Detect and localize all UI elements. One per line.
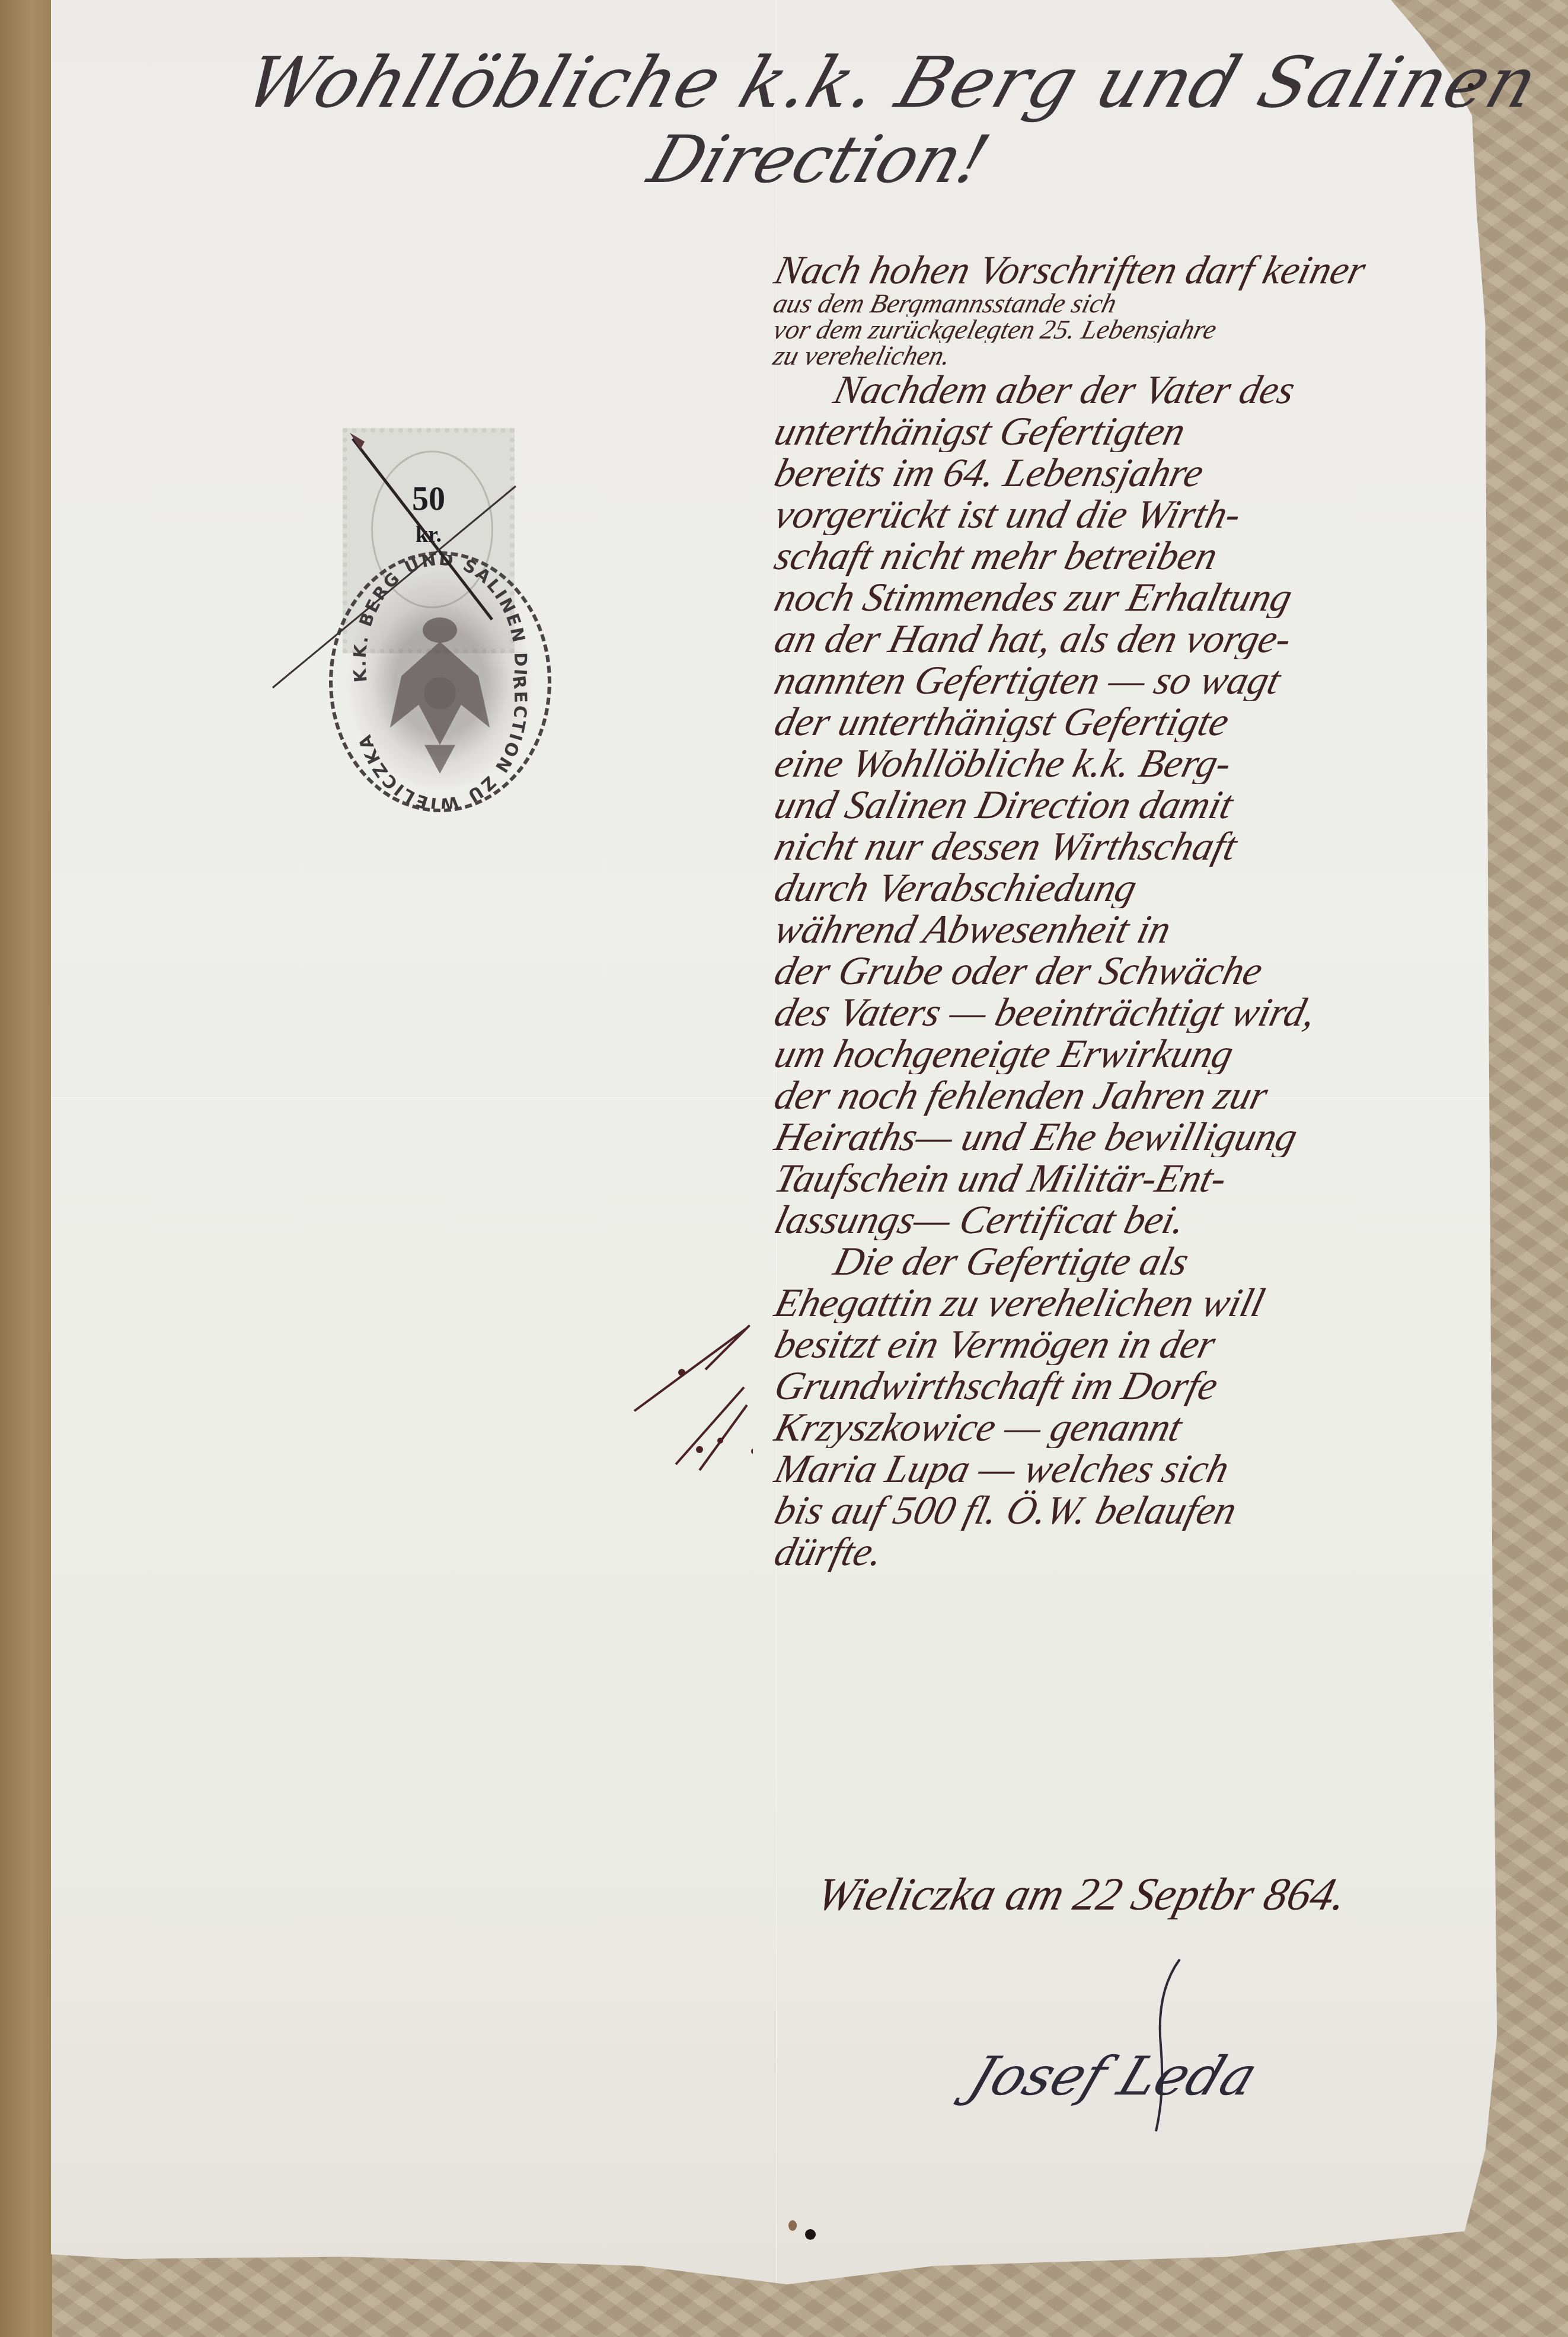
body-line-20: des Vaters — beeinträchtigt wird, bbox=[771, 991, 1528, 1033]
body-line-18: während Abwesenheit in bbox=[771, 908, 1528, 950]
body-line-33: dürfte. bbox=[771, 1531, 1528, 1572]
body-line-17: durch Verabschiedung bbox=[771, 867, 1528, 908]
body-line-23: Heiraths— und Ehe bewilligung bbox=[771, 1116, 1528, 1157]
ink-dot bbox=[1468, 83, 1474, 89]
body-line-29: Grundwirthschaft im Dorfe bbox=[771, 1365, 1528, 1406]
date-place-line: Wieliczka am 22 Septbr 864. bbox=[812, 1867, 1353, 1921]
body-line-10: noch Stimmendes zur Erhaltung bbox=[771, 576, 1528, 618]
body-line-15: und Salinen Direction damit bbox=[771, 784, 1528, 825]
margin-note-mark-icon bbox=[617, 1316, 753, 1506]
ink-spot bbox=[805, 2229, 816, 2240]
body-line-32: bis auf 500 fl. Ö.W. belaufen bbox=[771, 1489, 1528, 1531]
body-line-22: der noch fehlenden Jahren zur bbox=[771, 1074, 1528, 1116]
body-line-9: schaft nicht mehr betreiben bbox=[771, 535, 1528, 576]
body-line-11: an der Hand hat, als den vorge- bbox=[771, 618, 1528, 659]
body-line-30: Krzyszkowice — genannt bbox=[771, 1406, 1528, 1448]
body-line-24: Taufschein und Militär-Ent- bbox=[771, 1157, 1528, 1199]
body-line-5: Nachdem aber der Vater des bbox=[771, 369, 1528, 410]
body-line-14: eine Wohllöbliche k.k. Berg- bbox=[771, 742, 1528, 784]
salutation-line-1: Wohllöbliche k.k. Berg und Salinen bbox=[236, 41, 1448, 123]
body-line-31: Maria Lupa — welches sich bbox=[771, 1448, 1528, 1489]
fabric-background-left bbox=[0, 0, 52, 2337]
body-line-8: vorgerückt ist und die Wirth- bbox=[771, 493, 1528, 535]
signature: Josef Leda bbox=[961, 2045, 1266, 2108]
body-line-12: nannten Gefertigten — so wagt bbox=[771, 659, 1528, 701]
body-line-2: aus dem Bergmannsstande sich bbox=[771, 290, 1524, 317]
body-line-25: lassungs— Certificat bei. bbox=[771, 1199, 1528, 1240]
body-line-16: nicht nur dessen Wirthschaft bbox=[771, 825, 1528, 867]
body-line-1: Nach hohen Vorschriften darf keiner bbox=[771, 249, 1528, 290]
body-line-27: Ehegattin zu verehelichen will bbox=[771, 1282, 1528, 1323]
body-line-6: unterthänigst Gefertigten bbox=[771, 410, 1528, 452]
stamp-cancellation-cross-icon bbox=[261, 427, 557, 694]
body-line-7: bereits im 64. Lebensjahre bbox=[771, 452, 1528, 493]
body-line-19: der Grube oder der Schwäche bbox=[771, 950, 1528, 991]
paper-hole bbox=[788, 2220, 797, 2231]
letter-body: Nach hohen Vorschriften darf keiner aus … bbox=[771, 249, 1518, 1572]
body-line-26: Die der Gefertigte als bbox=[771, 1240, 1528, 1282]
body-line-13: der unterthänigst Gefertigte bbox=[771, 701, 1528, 742]
body-line-3: vor dem zurückgelegten 25. Lebensjahre bbox=[771, 317, 1524, 343]
body-line-28: besitzt ein Vermögen in der bbox=[771, 1323, 1528, 1365]
body-line-4: zu verehelichen. bbox=[771, 343, 1524, 369]
salutation-line-2: Direction! bbox=[640, 122, 998, 197]
body-line-21: um hochgeneigte Erwirkung bbox=[771, 1033, 1528, 1074]
